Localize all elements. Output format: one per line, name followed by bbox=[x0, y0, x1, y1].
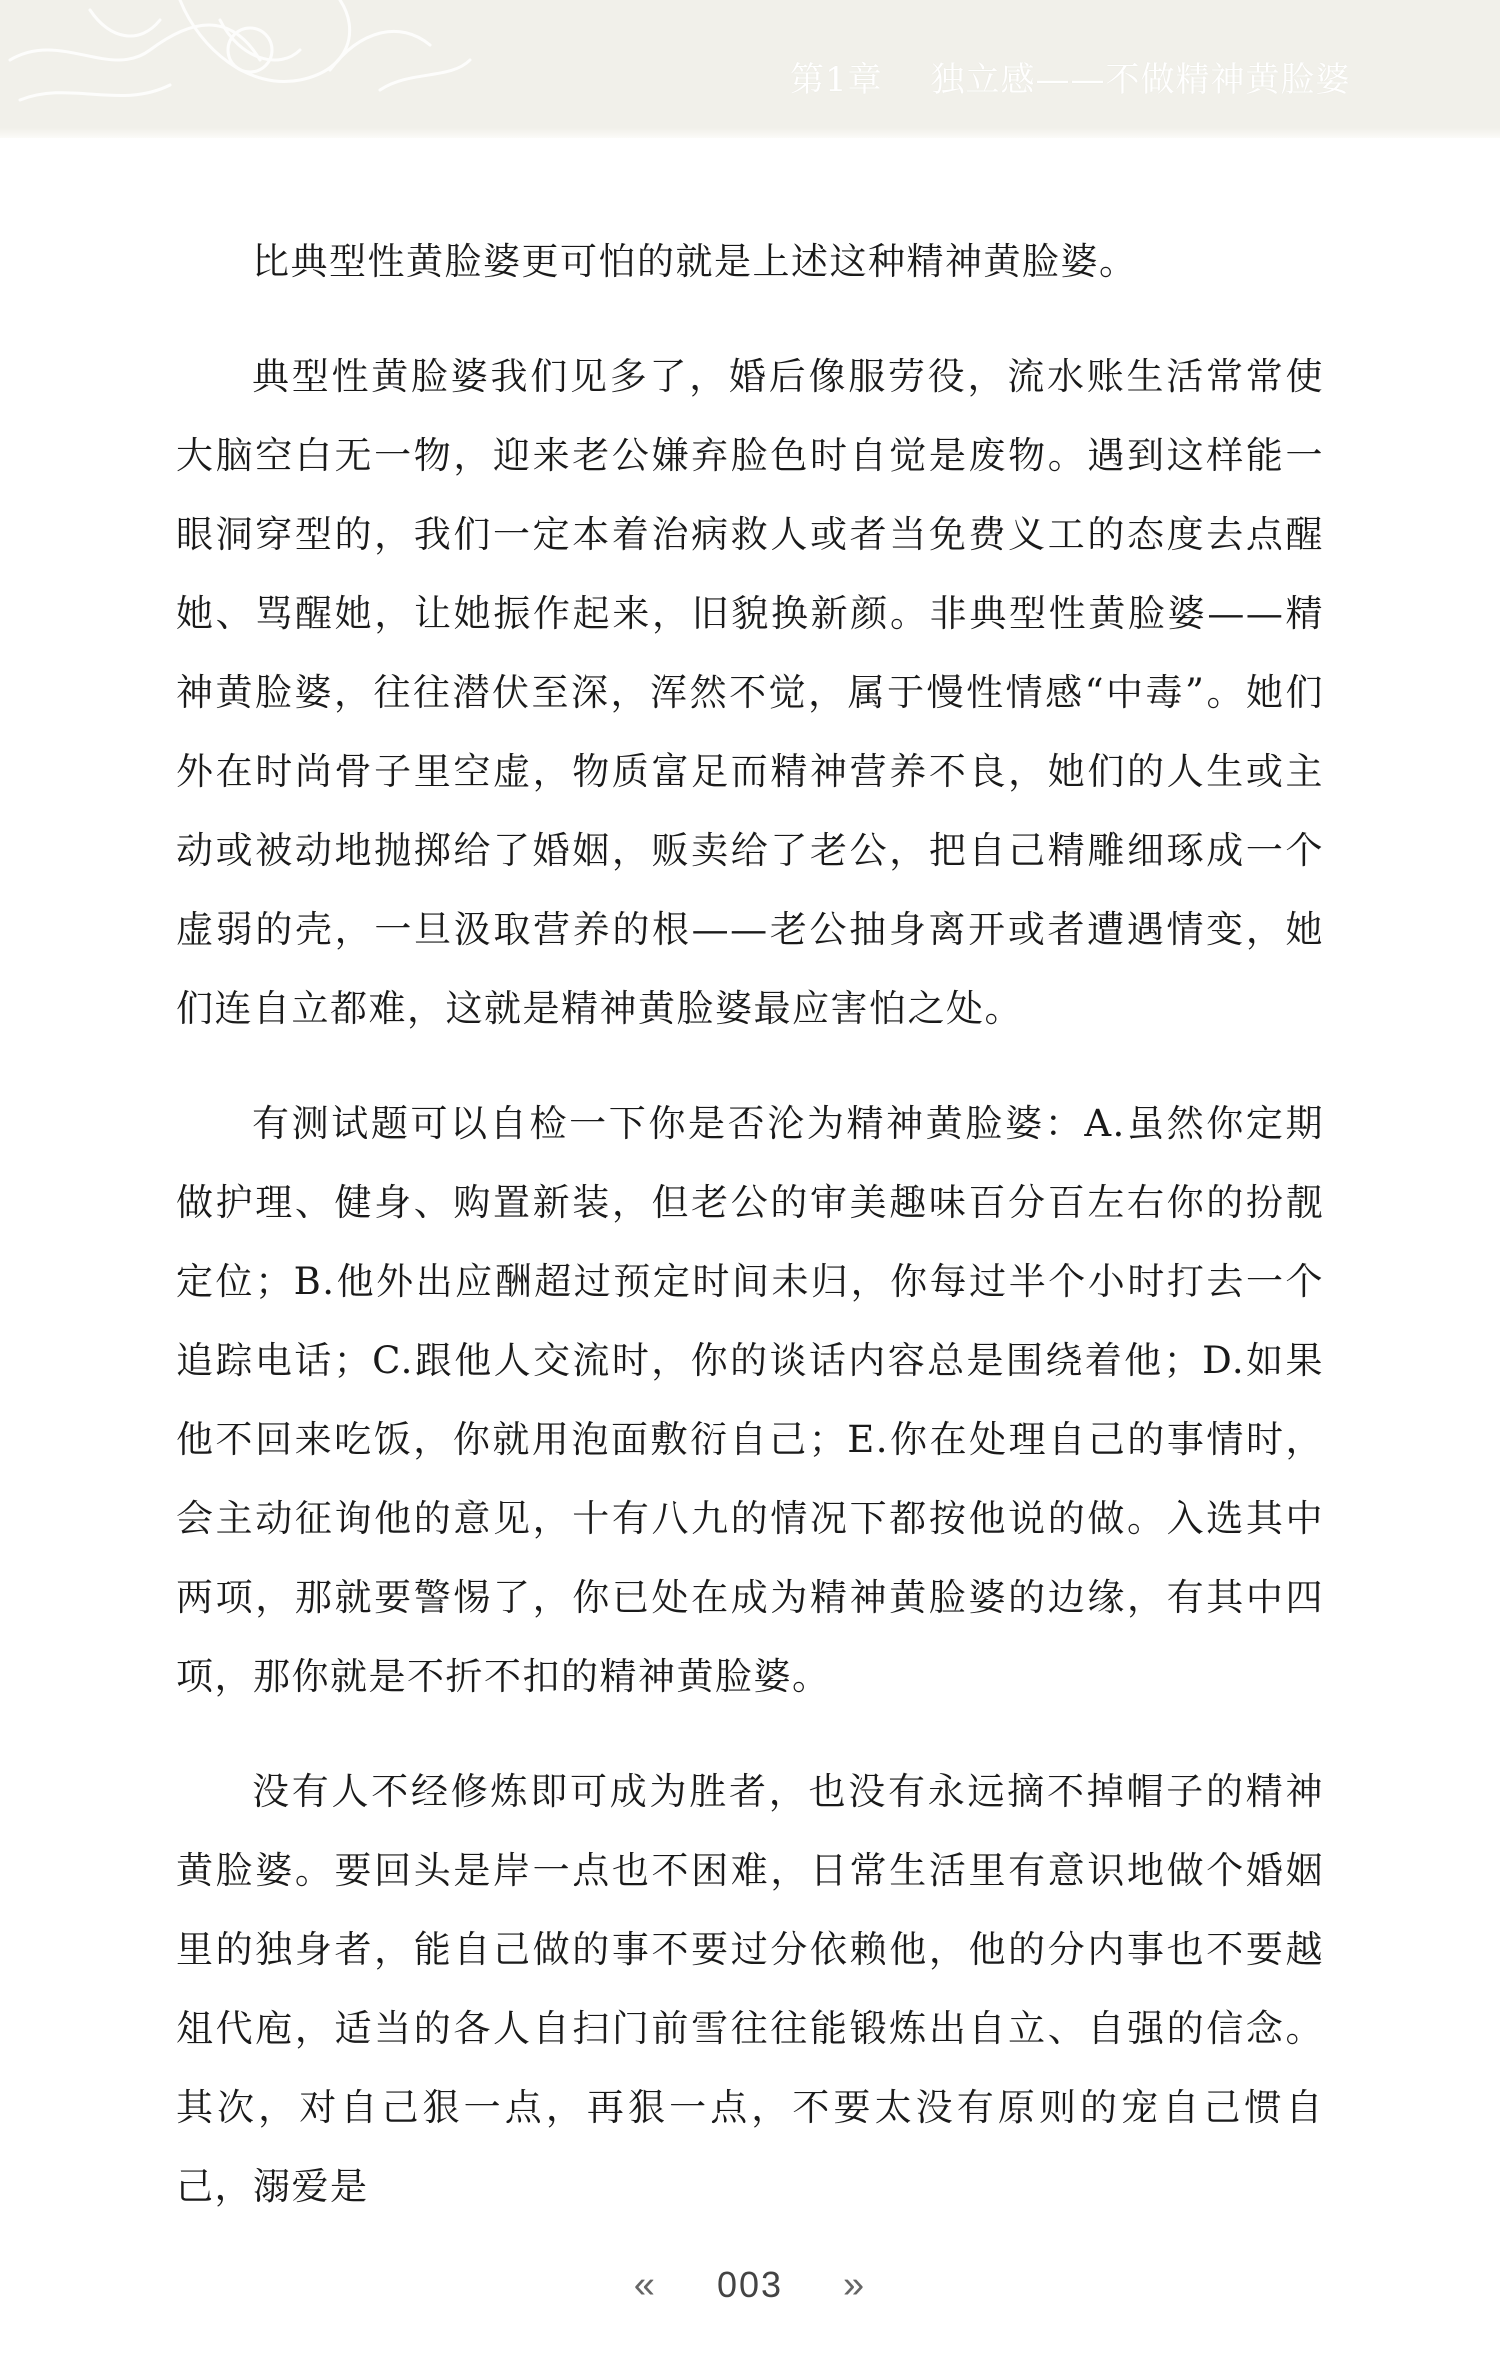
running-head: 第1章 独立感——不做精神黄脸婆 bbox=[790, 52, 1350, 101]
page-footer: « 003 » bbox=[0, 2262, 1500, 2307]
page-number: 003 bbox=[717, 2264, 783, 2306]
floral-ornament-icon bbox=[0, 0, 520, 138]
paragraph-1: 比典型性黄脸婆更可怕的就是上述这种精神黄脸婆。 bbox=[176, 222, 1324, 301]
page-body: 比典型性黄脸婆更可怕的就是上述这种精神黄脸婆。 典型性黄脸婆我们见多了，婚后像服… bbox=[176, 222, 1324, 2262]
double-chevron-right-icon: » bbox=[843, 2264, 866, 2307]
double-chevron-left-icon: « bbox=[634, 2264, 657, 2307]
running-head-chapter: 第1章 bbox=[790, 60, 883, 100]
paragraph-3: 有测试题可以自检一下你是否沦为精神黄脸婆：A.虽然你定期做护理、健身、购置新装，… bbox=[176, 1084, 1324, 1716]
running-header-band: 第1章 独立感——不做精神黄脸婆 bbox=[0, 0, 1500, 138]
paragraph-2: 典型性黄脸婆我们见多了，婚后像服劳役，流水账生活常常使大脑空白无一物，迎来老公嫌… bbox=[176, 337, 1324, 1048]
running-head-title: 独立感——不做精神黄脸婆 bbox=[930, 60, 1350, 100]
paragraph-4: 没有人不经修炼即可成为胜者，也没有永远摘不掉帽子的精神黄脸婆。要回头是岸一点也不… bbox=[176, 1752, 1324, 2226]
